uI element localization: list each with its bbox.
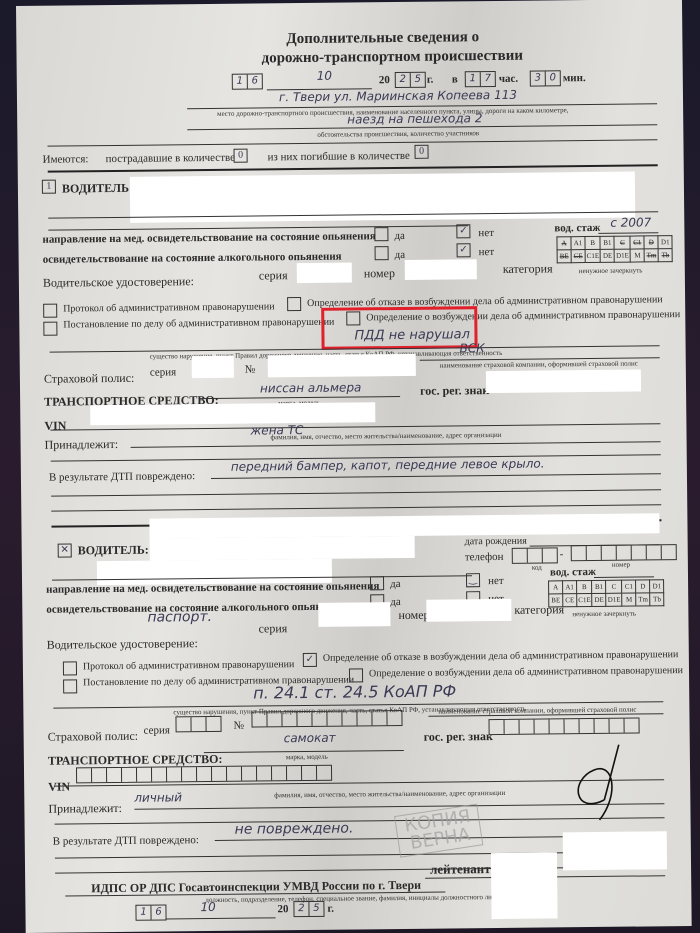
driver2-refusal-checkbox[interactable]: ✓ (303, 653, 317, 667)
vehicle-caption: марка, модель (286, 753, 328, 761)
driver2-insurance-number-cells[interactable] (251, 710, 402, 728)
protocol-label: Протокол об административном правонаруше… (63, 301, 274, 314)
driver2-name-redacted-2 (150, 536, 415, 561)
officer-caption: должность, подразделение, телефон, специ… (205, 893, 498, 904)
category-cell[interactable]: M (630, 249, 644, 262)
yes-label: да (394, 230, 405, 242)
category-cell[interactable]: B1 (600, 236, 614, 249)
category-cell[interactable]: A (557, 237, 571, 250)
damage-handwritten: не повреждено. (235, 821, 354, 838)
date-day-cells: 16 (232, 73, 263, 89)
category-cell[interactable]: C (614, 236, 630, 249)
category-cell[interactable]: M (622, 593, 636, 606)
driver2-protocol-checkbox[interactable] (63, 661, 77, 675)
driver2-plate-cells[interactable] (488, 718, 639, 736)
driver1-med-exam-no-checkbox[interactable]: ✓ (456, 224, 470, 238)
category-cell[interactable]: D (644, 236, 658, 249)
category-cell[interactable]: D1E (615, 249, 631, 262)
damage-label: В результате ДТП повреждено: (53, 834, 199, 848)
footer-year-cells: 25 (293, 901, 324, 917)
killed-count-box[interactable]: 0 (414, 145, 428, 159)
phone-number-caption: номер (612, 561, 630, 569)
divider (48, 225, 468, 230)
category-cell[interactable]: CE (571, 250, 585, 263)
owner-label: Принадлежит: (48, 801, 122, 817)
category-cell[interactable]: BE (557, 250, 571, 263)
initiation-label: Определение о возбуждении дела об админи… (369, 665, 683, 679)
insurance-label: Страховой полис: (48, 729, 139, 745)
driver2-med-exam-no-checkbox[interactable]: ‿ (466, 573, 480, 587)
vin-label: VIN (44, 418, 66, 433)
driver2-vin-cells[interactable] (76, 765, 332, 784)
footer-year-suffix: г. (327, 903, 334, 915)
category-cell[interactable]: D1 (650, 580, 664, 593)
year-suffix: г. (427, 74, 434, 86)
insurance-number-label: № (245, 364, 256, 376)
driver2-med-exam-label: направление на мед. освидетельствование … (46, 580, 379, 595)
category-cell[interactable]: A1 (571, 237, 585, 250)
driver1-vin-redacted (90, 402, 375, 425)
damage-label: В результате ДТП повреждено: (49, 470, 195, 484)
minute-label: мин. (563, 72, 586, 84)
yes-label: да (395, 249, 406, 261)
form-title-line1: Дополнительные сведения о (286, 29, 479, 48)
strike-caption: ненужное зачеркнуть (579, 266, 643, 275)
category-cell[interactable]: C1 (622, 580, 636, 593)
driver2-violation-handwritten: п. 24.1 ст. 24.5 КоАП РФ (253, 681, 456, 702)
phone-dash: - (560, 548, 564, 560)
insurance-label: Страховой полис: (44, 371, 135, 387)
category-cell[interactable]: Tm (644, 249, 658, 262)
phone-label: телефон (465, 551, 504, 563)
yes-label: да (390, 596, 401, 608)
insurance-series-label: серия (150, 366, 176, 378)
series-label: серия (258, 621, 287, 636)
driver1-refusal-checkbox[interactable] (287, 297, 301, 311)
insurer-handwritten: ВСК (460, 341, 485, 355)
driver1-med-exam-yes-checkbox[interactable] (374, 227, 388, 241)
driver1-plate-redacted (486, 369, 641, 393)
protocol-label: Протокол об административном правонаруше… (83, 659, 294, 672)
category-cell[interactable]: DE (601, 249, 615, 262)
driver1-med-exam-label: направление на мед. освидетельствование … (42, 230, 375, 245)
series-label: серия (259, 268, 288, 283)
date-month: 10 (317, 69, 332, 83)
insurance-number-label: № (233, 720, 244, 732)
hour-cells: 17 (465, 71, 496, 87)
at-label: в (452, 73, 458, 85)
insurance-series-label: серия (144, 724, 170, 736)
category-cell[interactable]: Tb (650, 593, 664, 606)
plate-label: гос. рег. знак (424, 729, 493, 745)
injured-label: пострадавшие в количестве (106, 152, 236, 165)
resolution-label: Постановление по делу об административно… (63, 317, 334, 331)
copy-certified-stamp: КОПИЯВЕРНА (394, 804, 484, 858)
place-handwritten: г. Твери ул. Мариинская Копеева 113 (279, 88, 517, 104)
driver2-license-number-redacted (426, 599, 511, 622)
driver1-number-box: 1 (42, 180, 56, 194)
minute-cells: 30 (530, 70, 561, 86)
hour-label: час. (499, 73, 518, 85)
experience-line (598, 232, 658, 234)
driver1-resolution-checkbox[interactable] (43, 322, 57, 336)
plate-label: гос. рег. знак (420, 383, 489, 399)
driver2-license-handwritten: паспорт. (147, 609, 212, 626)
category-cell[interactable]: Tm (636, 593, 650, 606)
phone-number-cells[interactable] (571, 544, 677, 561)
driver1-protocol-checkbox[interactable] (43, 304, 57, 318)
year-cells: 25 (395, 72, 426, 88)
injured-count-box[interactable]: 0 (234, 149, 248, 163)
experience-line (594, 576, 654, 578)
vehicle-handwritten: ниссан альмера (260, 380, 362, 395)
driver1-alcohol-exam-no-checkbox[interactable]: ✓ (457, 243, 471, 257)
owner-handwritten: личный (134, 790, 182, 804)
owner-line (131, 441, 661, 448)
driver1-license-series-redacted (297, 262, 352, 283)
number-label: номер (398, 608, 429, 623)
driver2-insurance-series-cells[interactable] (175, 716, 221, 732)
driver1-experience-label: вод. стаж (554, 222, 600, 234)
category-label: категория (514, 602, 564, 618)
driver1-insurance-series-redacted (192, 356, 234, 378)
insurer-caption: наименование страховой компании, оформив… (440, 360, 638, 370)
form-title-line2: дорожно-транспортном происшествии (261, 48, 523, 68)
category-cell[interactable]: B (585, 236, 601, 249)
category-cell[interactable]: C1 (630, 236, 644, 249)
driver2-med-exam-yes-checkbox[interactable] (370, 576, 384, 590)
driver1-alcohol-exam-yes-checkbox[interactable] (375, 246, 389, 260)
no-label: нет (478, 227, 494, 239)
vehicle-handwritten: самокат (284, 731, 336, 746)
highlight-box (321, 306, 477, 350)
driver1-experience-value: с 2007 (610, 215, 651, 229)
category-cell[interactable]: D1 (658, 236, 672, 249)
signature (564, 740, 635, 831)
driver2-label: ВОДИТЕЛЬ: (78, 543, 149, 559)
driver2-license-label: Водительское удостоверение: (47, 636, 198, 653)
damage-handwritten: передний бампер, капот, передние левое к… (231, 456, 545, 473)
category-cell[interactable]: D (636, 580, 650, 593)
driver2-license-series-redacted (318, 602, 390, 627)
category-label: категория (503, 261, 553, 277)
casualties-label: Имеются: (43, 153, 89, 165)
birthdate-label: дата рождения (465, 536, 527, 548)
driver2-name-redacted (149, 513, 659, 538)
footer-date-line (166, 917, 276, 919)
driver2-experience-label: вод. стаж (550, 566, 596, 578)
damage-line (211, 473, 661, 479)
no-label: нет (479, 246, 495, 258)
owner-caption: фамилия, имя, отчество, место жительства… (270, 431, 501, 441)
phone-code-caption: код (532, 564, 542, 572)
driver2-resolution-checkbox[interactable] (63, 679, 77, 693)
phone-code-cells[interactable] (512, 547, 558, 563)
killed-label: из них погибшие в количестве (268, 150, 410, 163)
footer-year-prefix: 20 (277, 903, 288, 915)
category-cell[interactable]: A (549, 581, 563, 594)
driver1-insurance-number-redacted (268, 354, 416, 378)
damage-line (51, 489, 661, 496)
driver2-number-box: ✕ (58, 543, 72, 557)
footer-date-month: 10 (200, 900, 215, 914)
driver2-category-table: AA1BB1CC1DD1 BECEC1EDED1EMTmTb (548, 579, 665, 607)
owner-caption: фамилия, имя, отчество, место жительства… (274, 789, 505, 799)
circumstances-caption: обстоятельства происшествия, количество … (317, 129, 479, 139)
driver1-category-table: AA1BB1CC1DD1 BECEC1EDED1EMTmTb (556, 235, 673, 263)
driver1-license-label: Водительское удостоверение: (43, 274, 194, 291)
category-cell[interactable]: C1E (577, 593, 593, 606)
divider (47, 139, 657, 146)
category-cell[interactable]: DE (592, 593, 606, 606)
no-label: нет (488, 575, 504, 587)
category-cell[interactable]: C (606, 580, 622, 593)
number-label: номер (364, 266, 395, 281)
year-prefix: 20 (379, 74, 390, 86)
owner-label: Принадлежит: (45, 437, 119, 453)
category-cell[interactable]: D1E (606, 593, 622, 606)
officer-rank-redacted (491, 852, 558, 919)
yes-label: да (390, 578, 401, 590)
category-cell[interactable]: CE (563, 594, 577, 607)
accident-form-sheet: Дополнительные сведения о дорожно-трансп… (16, 0, 692, 933)
category-cell[interactable]: C1E (585, 249, 601, 262)
driver1-label: ВОДИТЕЛЬ: (62, 181, 133, 197)
category-cell[interactable]: Tb (658, 249, 672, 262)
damage-line (51, 504, 661, 511)
refusal-label: Определение об отказе в возбуждении дела… (323, 649, 679, 664)
category-cell[interactable]: B1 (592, 580, 606, 593)
vin-label: VIN (48, 779, 70, 794)
strike-caption: ненужное зачеркнуть (572, 610, 636, 619)
officer-name-redacted (563, 831, 667, 870)
category-cell[interactable]: B (577, 580, 593, 593)
category-cell[interactable]: A1 (563, 581, 577, 594)
driver2-initiation-checkbox[interactable] (349, 668, 363, 682)
footer-date-day-cells: 16 (135, 904, 166, 920)
circumstances-handwritten: наезд на пешехода 2 (347, 111, 482, 126)
driver1-license-number-redacted (405, 259, 477, 280)
